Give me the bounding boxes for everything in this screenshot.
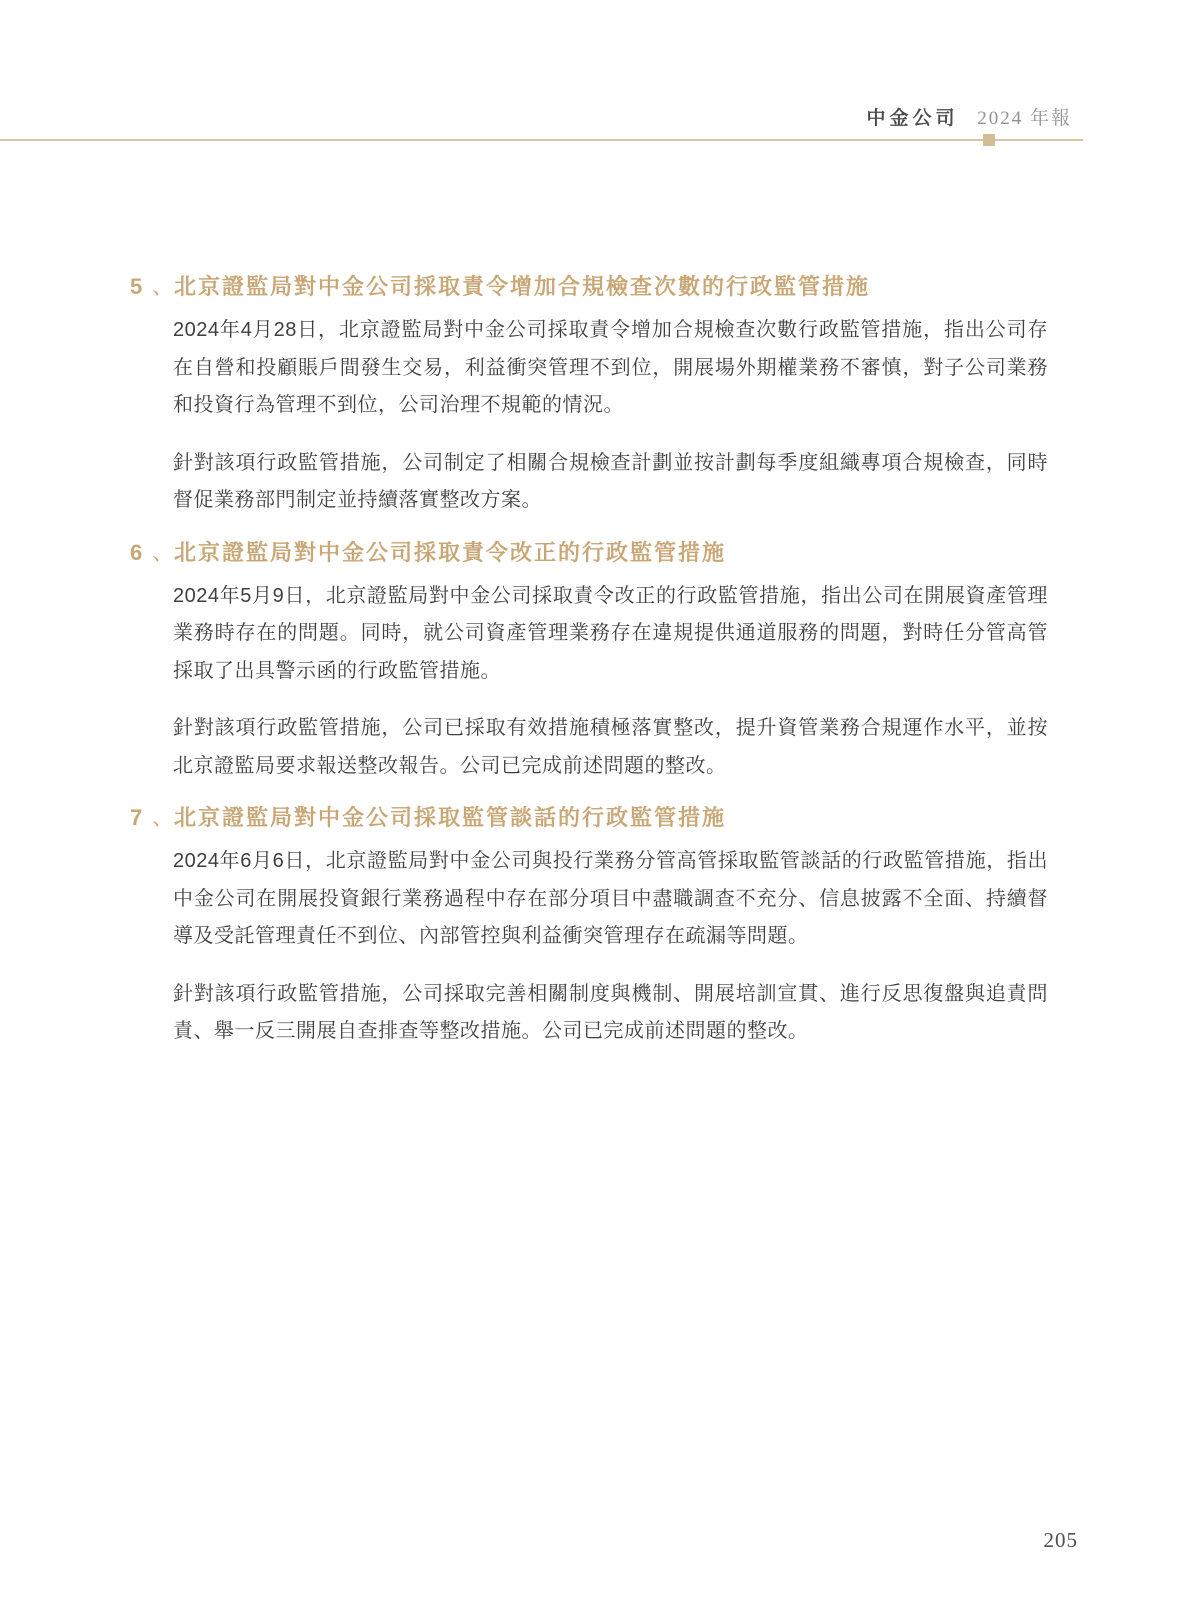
section-number: 6	[130, 538, 152, 568]
section-5: 5 、 北京證監局對中金公司採取責令增加合規檢查次數的行政監管措施 2024年4…	[130, 272, 1048, 520]
paragraph: 2024年5月9日，北京證監局對中金公司採取責令改正的行政監管措施，指出公司在開…	[173, 578, 1048, 691]
section-number: 7	[130, 803, 152, 833]
section-delimiter: 、	[152, 272, 174, 302]
section-7: 7 、 北京證監局對中金公司採取監管談話的行政監管措施 2024年6月6日，北京…	[130, 803, 1048, 1051]
section-title: 北京證監局對中金公司採取責令增加合規檢查次數的行政監管措施	[174, 272, 870, 302]
section-heading: 6 、 北京證監局對中金公司採取責令改正的行政監管措施	[130, 538, 1048, 568]
page-header: 中金公司 2024 年報	[866, 103, 1072, 130]
header-rule	[0, 139, 1083, 141]
section-title: 北京證監局對中金公司採取責令改正的行政監管措施	[174, 538, 726, 568]
paragraph: 2024年6月6日，北京證監局對中金公司與投行業務分管高管採取監管談話的行政監管…	[173, 843, 1048, 956]
paragraph: 2024年4月28日，北京證監局對中金公司採取責令增加合規檢查次數行政監管措施，…	[173, 312, 1048, 425]
section-delimiter: 、	[152, 538, 174, 568]
rule-square-decoration	[983, 134, 995, 146]
document-body: 5 、 北京證監局對中金公司採取責令增加合規檢查次數的行政監管措施 2024年4…	[130, 272, 1048, 1051]
report-edition: 2024 年報	[977, 108, 1072, 129]
report-page: 中金公司 2024 年報 5 、 北京證監局對中金公司採取責令增加合規檢查次數的…	[0, 0, 1190, 1615]
section-heading: 5 、 北京證監局對中金公司採取責令增加合規檢查次數的行政監管措施	[130, 272, 1048, 302]
section-delimiter: 、	[152, 803, 174, 833]
paragraph: 針對該項行政監管措施，公司已採取有效措施積極落實整改，提升資管業務合規運作水平，…	[173, 710, 1048, 785]
company-name: 中金公司	[866, 108, 958, 129]
page-number: 205	[1044, 1528, 1079, 1553]
paragraph: 針對該項行政監管措施，公司制定了相關合規檢查計劃並按計劃每季度組織專項合規檢查，…	[173, 445, 1048, 520]
paragraph: 針對該項行政監管措施，公司採取完善相關制度與機制、開展培訓宣貫、進行反思復盤與追…	[173, 976, 1048, 1051]
section-heading: 7 、 北京證監局對中金公司採取監管談話的行政監管措施	[130, 803, 1048, 833]
section-number: 5	[130, 272, 152, 302]
section-title: 北京證監局對中金公司採取監管談話的行政監管措施	[174, 803, 726, 833]
section-6: 6 、 北京證監局對中金公司採取責令改正的行政監管措施 2024年5月9日，北京…	[130, 538, 1048, 786]
